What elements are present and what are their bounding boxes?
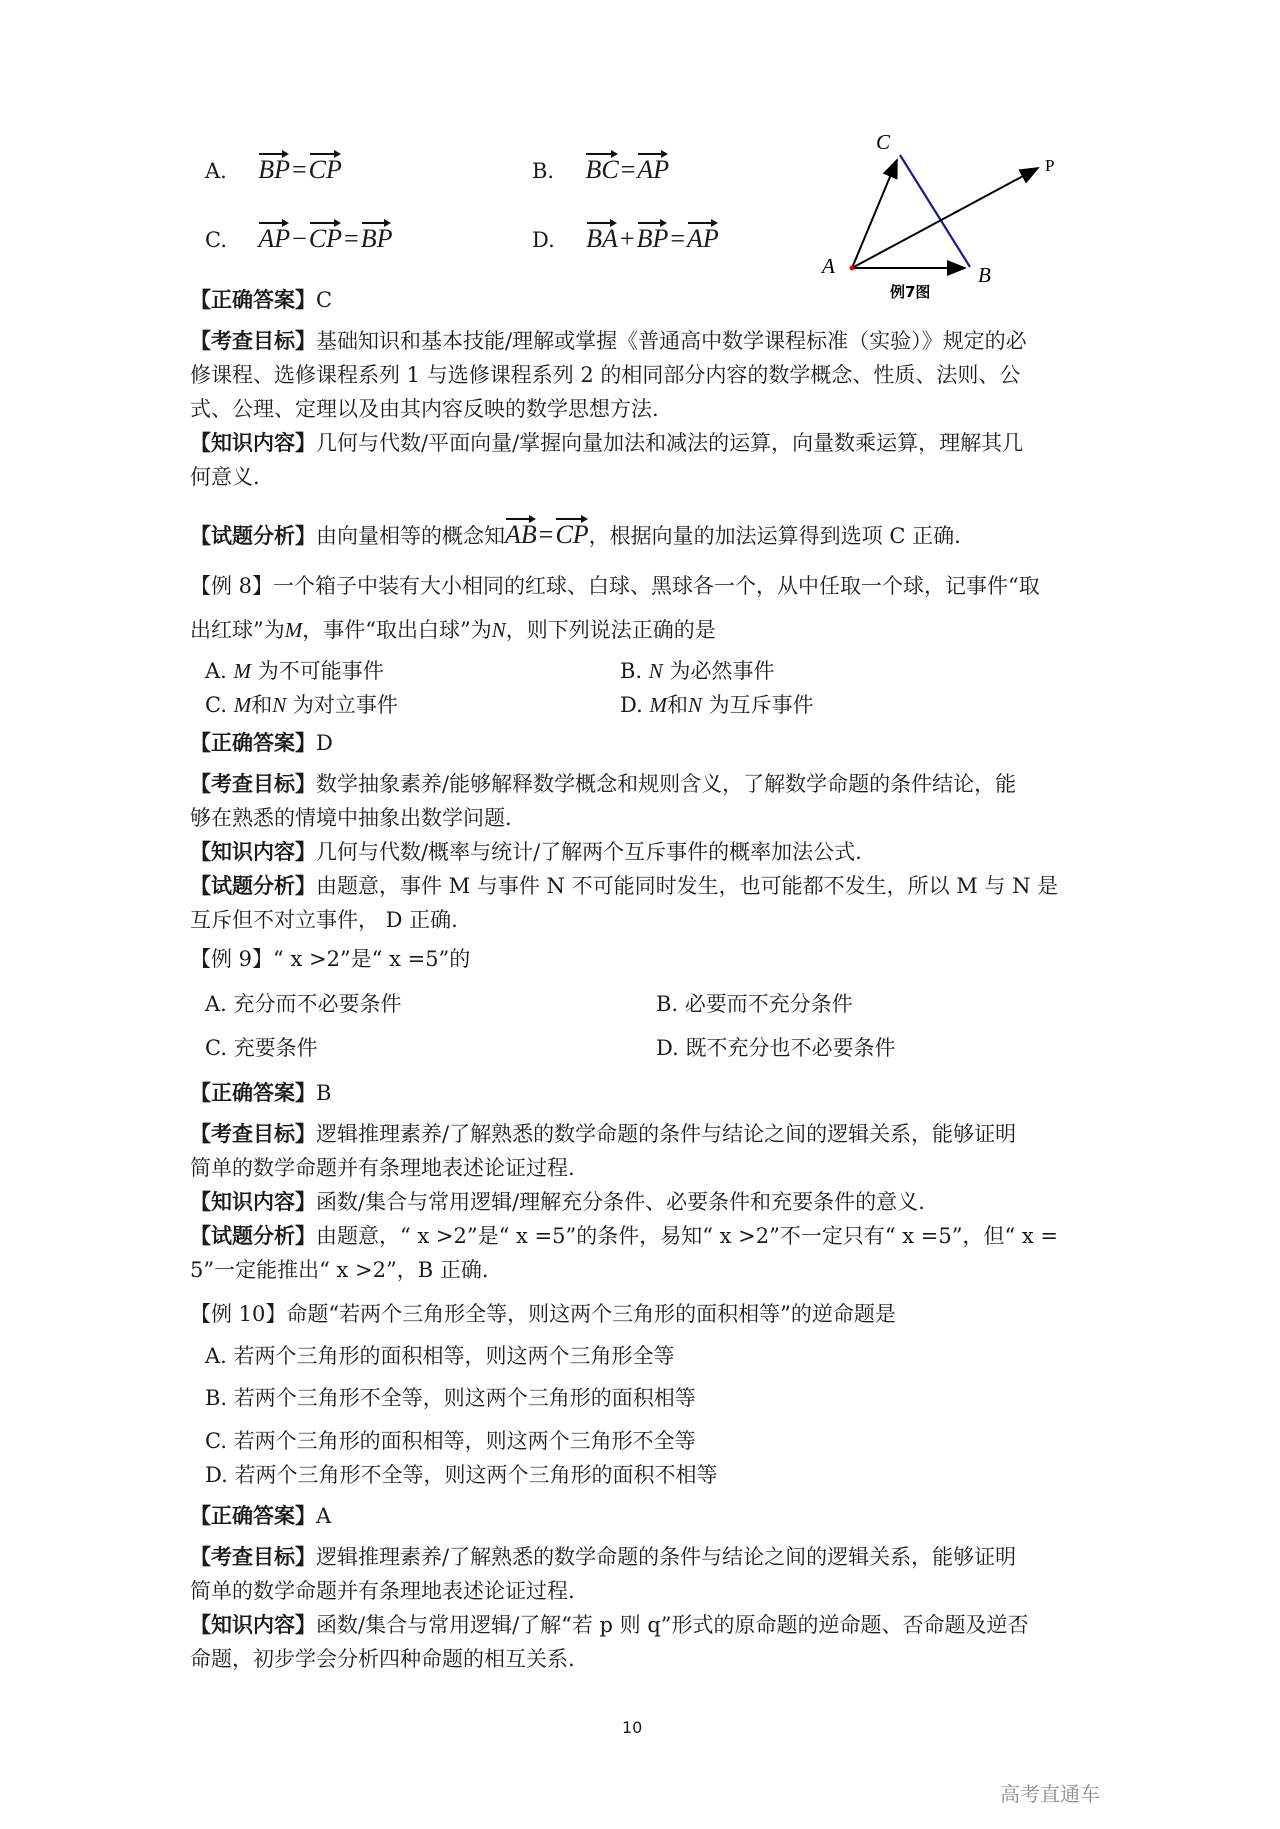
ex7-goal-line-3: 式、公理、定理以及由其内容反映的数学思想方法. <box>190 395 659 423</box>
vector-cp: CP <box>309 219 342 253</box>
knowledge-tag: 【知识内容】 <box>190 1190 316 1214</box>
option-text: 必要而不充分条件 <box>685 992 853 1016</box>
figure-caption: 例7图 <box>890 283 930 300</box>
ex10-stem: 【例 10】命题“若两个三角形全等，则这两个三角形的面积相等”的逆命题是 <box>190 1300 896 1328</box>
option-label: D. <box>532 228 555 252</box>
option-text: 若两个三角形不全等，则这两个三角形的面积不相等 <box>234 1463 717 1487</box>
goal-tag: 【考查目标】 <box>190 1545 316 1569</box>
ex8-option-a: A. M 为不可能事件 <box>205 657 384 685</box>
ex9-stem: 【例 9】“ x >2”是“ x =5”的 <box>190 945 470 973</box>
point-a-dot <box>850 266 855 271</box>
analysis-tag: 【试题分析】 <box>190 1224 316 1248</box>
ex8-answer: 【正确答案】D <box>190 729 333 757</box>
option-text: 充要条件 <box>234 1036 318 1060</box>
stem-text: ，则下列说法正确的是 <box>506 618 716 642</box>
analysis-text: 由题意，事件 M 与事件 N 不可能同时发生，也可能都不发生，所以 M 与 N … <box>316 874 1058 898</box>
option-label: C. <box>205 1036 227 1060</box>
knowledge-text: 几何与代数/概率与统计/了解两个互斥事件的概率加法公式. <box>316 840 862 864</box>
label-p: P <box>1045 156 1054 175</box>
equals-sign: = <box>342 224 361 253</box>
ex8-analysis-line-1: 【试题分析】由题意，事件 M 与事件 N 不可能同时发生，也可能都不发生，所以 … <box>190 872 1058 900</box>
ex8-analysis-line-2: 互斥但不对立事件， D 正确. <box>190 906 458 934</box>
ex9-goal-line-2: 简单的数学命题并有条理地表述论证过程. <box>190 1154 575 1182</box>
knowledge-tag: 【知识内容】 <box>190 840 316 864</box>
option-label: C. <box>205 693 227 717</box>
var-m: M <box>649 693 667 717</box>
goal-text: 逻辑推理素养/了解熟悉的数学命题的条件与结论之间的逻辑关系，能够证明 <box>316 1122 1016 1146</box>
page-number: 10 <box>622 1718 642 1737</box>
ex9-knowledge: 【知识内容】函数/集合与常用逻辑/理解充分条件、必要条件和充要条件的意义. <box>190 1188 925 1216</box>
example-tag: 【例 9】 <box>190 947 273 971</box>
stem-text: “ x >2”是“ x =5”的 <box>273 947 470 971</box>
option-text: 和 <box>251 693 272 717</box>
goal-tag: 【考查目标】 <box>190 772 316 796</box>
minus-sign: − <box>290 224 309 253</box>
ex8-goal-line-1: 【考查目标】数学抽象素养/能够解释数学概念和规则含义，了解数学命题的条件结论，能 <box>190 770 1016 798</box>
ex7-analysis: 【试题分析】由向量相等的概念知AB=CP，根据向量的加法运算得到选项 C 正确. <box>190 515 961 550</box>
answer-value: A <box>316 1504 331 1528</box>
analysis-tag: 【试题分析】 <box>190 524 316 548</box>
equals-sign: = <box>668 224 687 253</box>
ex7-option-b: B. BC=AP <box>532 150 669 185</box>
stem-text: 出红球”为 <box>190 618 285 642</box>
knowledge-text: 函数/集合与常用逻辑/理解充分条件、必要条件和充要条件的意义. <box>316 1190 925 1214</box>
ex10-goal-line-1: 【考查目标】逻辑推理素养/了解熟悉的数学命题的条件与结论之间的逻辑关系，能够证明 <box>190 1543 1016 1571</box>
var-n: N <box>688 693 702 717</box>
ex7-answer: 【正确答案】C <box>190 286 332 314</box>
goal-text: 基础知识和基本技能/理解或掌握《普通高中数学课程标准（实验）》规定的必 <box>316 329 1027 353</box>
label-c: C <box>876 130 891 154</box>
triangle-vector-diagram: A C B P 例7图 <box>800 125 1080 300</box>
goal-tag: 【考查目标】 <box>190 329 316 353</box>
option-label: A. <box>205 992 227 1016</box>
ex9-answer: 【正确答案】B <box>190 1079 331 1107</box>
vector-ap: AP <box>687 219 719 253</box>
goal-text: 逻辑推理素养/了解熟悉的数学命题的条件与结论之间的逻辑关系，能够证明 <box>316 1545 1016 1569</box>
vector-ab: AB <box>505 515 537 549</box>
label-a: A <box>820 254 835 278</box>
option-label: B. <box>656 992 678 1016</box>
var-m: M <box>234 693 252 717</box>
label-b: B <box>978 263 991 287</box>
knowledge-tag: 【知识内容】 <box>190 431 316 455</box>
vector-bc: BC <box>585 150 618 184</box>
vector-ap: AP <box>637 150 669 184</box>
knowledge-text: 函数/集合与常用逻辑/了解“若 p 则 q”形式的原命题的逆命题、否命题及逆否 <box>316 1613 1029 1637</box>
option-label: C. <box>205 1429 227 1453</box>
ex10-option-a: A. 若两个三角形的面积相等，则这两个三角形全等 <box>205 1342 675 1370</box>
ex10-goal-line-2: 简单的数学命题并有条理地表述论证过程. <box>190 1577 575 1605</box>
ex9-option-a: A. 充分而不必要条件 <box>205 990 402 1018</box>
ex9-option-d: D. 既不充分也不必要条件 <box>656 1034 895 1062</box>
ex7-knowledge-line-2: 何意义. <box>190 463 260 491</box>
option-text: 若两个三角形的面积相等，则这两个三角形不全等 <box>234 1429 696 1453</box>
ex9-analysis-line-2: 5”一定能推出“ x >2”，B 正确. <box>190 1256 489 1284</box>
ex9-analysis-line-1: 【试题分析】由题意，“ x >2”是“ x =5”的条件，易知“ x >2”不一… <box>190 1222 1058 1250</box>
answer-tag: 【正确答案】 <box>190 1504 316 1528</box>
ex8-option-c: C. M和N 为对立事件 <box>205 691 398 719</box>
option-label: D. <box>205 1463 228 1487</box>
var-n: N <box>492 618 506 642</box>
ex10-knowledge-line-2: 命题，初步学会分析四种命题的相互关系. <box>190 1645 575 1673</box>
goal-text: 数学抽象素养/能够解释数学概念和规则含义，了解数学命题的条件结论，能 <box>316 772 1016 796</box>
watermark: 高考直通车 <box>1000 1778 1100 1807</box>
option-label: D. <box>656 1036 679 1060</box>
option-label: B. <box>620 659 642 683</box>
ex7-option-d: D. BA+BP=AP <box>532 219 719 254</box>
var-m: M <box>285 618 303 642</box>
ex7-goal-line-1: 【考查目标】基础知识和基本技能/理解或掌握《普通高中数学课程标准（实验）》规定的… <box>190 327 1027 355</box>
stem-text: 一个箱子中装有大小相同的红球、白球、黑球各一个，从中任取一个球，记事件“取 <box>273 574 1040 598</box>
stem-text: 命题“若两个三角形全等，则这两个三角形的面积相等”的逆命题是 <box>286 1302 895 1326</box>
stem-text: ，事件“取出白球”为 <box>302 618 491 642</box>
analysis-tag: 【试题分析】 <box>190 874 316 898</box>
option-label: A. <box>205 659 227 683</box>
knowledge-tag: 【知识内容】 <box>190 1613 316 1637</box>
option-text: 和 <box>667 693 688 717</box>
option-label: C. <box>205 228 227 252</box>
equals-sign: = <box>290 155 309 184</box>
option-text: 既不充分也不必要条件 <box>685 1036 895 1060</box>
arrow-ap-icon <box>852 168 1038 268</box>
equals-sign: = <box>619 155 638 184</box>
vector-ba: BA <box>586 219 618 253</box>
equals-sign: = <box>537 520 556 549</box>
arrow-ac-icon <box>852 160 897 268</box>
goal-tag: 【考查目标】 <box>190 1122 316 1146</box>
ex10-knowledge-line-1: 【知识内容】函数/集合与常用逻辑/了解“若 p 则 q”形式的原命题的逆命题、否… <box>190 1611 1029 1639</box>
vector-ap: AP <box>258 219 290 253</box>
vector-bp: BP <box>258 150 290 184</box>
analysis-text: ，根据向量的加法运算得到选项 C 正确. <box>589 524 961 548</box>
option-text: 充分而不必要条件 <box>234 992 402 1016</box>
ex10-option-c: C. 若两个三角形的面积相等，则这两个三角形不全等 <box>205 1427 696 1455</box>
ex7-option-a: A. BP=CP <box>205 150 342 185</box>
vector-bp: BP <box>637 219 669 253</box>
ex8-stem-line-1: 【例 8】一个箱子中装有大小相同的红球、白球、黑球各一个，从中任取一个球，记事件… <box>190 572 1040 600</box>
ex10-option-d: D. 若两个三角形不全等，则这两个三角形的面积不相等 <box>205 1461 717 1489</box>
ex8-goal-line-2: 够在熟悉的情境中抽象出数学问题. <box>190 804 512 832</box>
example-tag: 【例 8】 <box>190 574 273 598</box>
option-text: 为必然事件 <box>670 659 775 683</box>
ex10-answer: 【正确答案】A <box>190 1502 331 1530</box>
ex8-option-d: D. M和N 为互斥事件 <box>620 691 814 719</box>
option-text: 为对立事件 <box>293 693 398 717</box>
knowledge-text: 几何与代数/平面向量/掌握向量加法和减法的运算，向量数乘运算，理解其几 <box>316 431 1023 455</box>
vector-bp: BP <box>361 219 393 253</box>
ex7-option-c: C. AP−CP=BP <box>205 219 392 254</box>
ex9-goal-line-1: 【考查目标】逻辑推理素养/了解熟悉的数学命题的条件与结论之间的逻辑关系，能够证明 <box>190 1120 1016 1148</box>
answer-tag: 【正确答案】 <box>190 288 316 312</box>
option-text: 为互斥事件 <box>709 693 814 717</box>
answer-value: B <box>316 1081 331 1105</box>
var-m: M <box>234 659 252 683</box>
option-label: B. <box>205 1386 227 1410</box>
ex8-stem-line-2: 出红球”为M，事件“取出白球”为N，则下列说法正确的是 <box>190 616 716 644</box>
option-label: A. <box>205 159 227 183</box>
answer-value: D <box>316 731 333 755</box>
var-n: N <box>649 659 663 683</box>
option-label: D. <box>620 693 643 717</box>
analysis-text: 由题意，“ x >2”是“ x =5”的条件，易知“ x >2”不一定只有“ x… <box>316 1224 1058 1248</box>
option-text: 若两个三角形的面积相等，则这两个三角形全等 <box>234 1344 675 1368</box>
example7-figure: A C B P 例7图 <box>800 125 1080 300</box>
ex8-knowledge: 【知识内容】几何与代数/概率与统计/了解两个互斥事件的概率加法公式. <box>190 838 862 866</box>
analysis-text: 由向量相等的概念知 <box>316 524 505 548</box>
ex9-option-c: C. 充要条件 <box>205 1034 318 1062</box>
option-label: A. <box>205 1344 227 1368</box>
ex7-knowledge-line-1: 【知识内容】几何与代数/平面向量/掌握向量加法和减法的运算，向量数乘运算，理解其… <box>190 429 1023 457</box>
option-text: 若两个三角形不全等，则这两个三角形的面积相等 <box>234 1386 696 1410</box>
example-tag: 【例 10】 <box>190 1302 286 1326</box>
vector-cp: CP <box>309 150 342 184</box>
ex7-goal-line-2: 修课程、选修课程系列 1 与选修课程系列 2 的相同部分内容的数学概念、性质、法… <box>190 361 1020 389</box>
answer-tag: 【正确答案】 <box>190 1081 316 1105</box>
option-label: B. <box>532 159 554 183</box>
vector-cp: CP <box>555 515 588 549</box>
answer-tag: 【正确答案】 <box>190 731 316 755</box>
option-text: 为不可能事件 <box>258 659 384 683</box>
answer-value: C <box>316 288 332 312</box>
var-n: N <box>272 693 286 717</box>
plus-sign: + <box>618 224 637 253</box>
ex10-option-b: B. 若两个三角形不全等，则这两个三角形的面积相等 <box>205 1384 696 1412</box>
ex8-option-b: B. N 为必然事件 <box>620 657 775 685</box>
ex9-option-b: B. 必要而不充分条件 <box>656 990 853 1018</box>
